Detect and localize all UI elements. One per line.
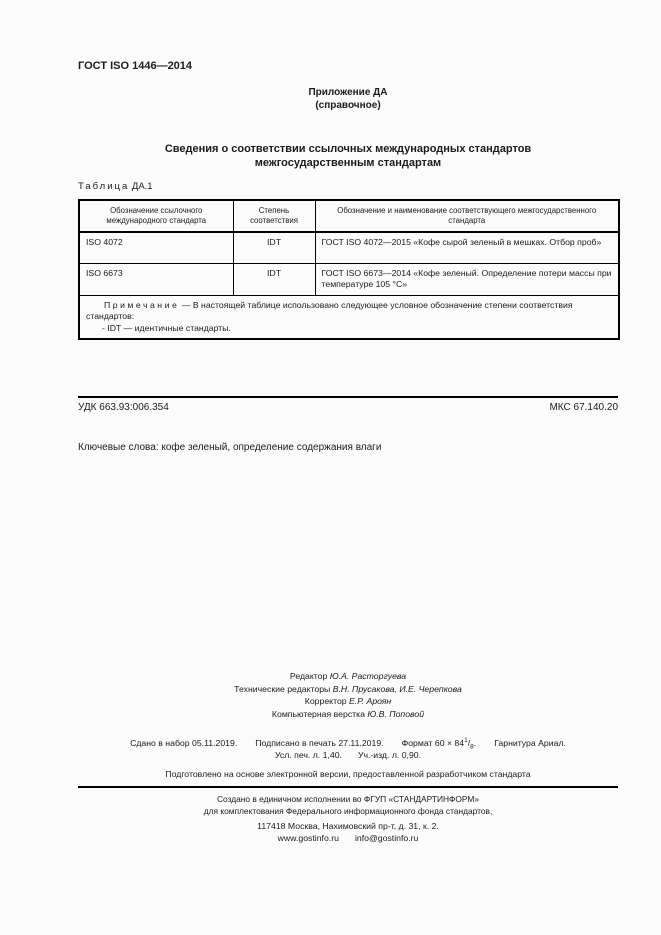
horizontal-rule-bottom [78,786,618,788]
editor-role: Технические редакторы [234,684,330,694]
annex-heading: Приложение ДА (справочное) [78,87,618,112]
publisher-email: info@gostinfo.ru [355,833,418,843]
imprint-line-2: Усл. печ. л. 1,40.Уч.-изд. л. 0,90. [78,750,618,760]
table-note-text: Примечание — В настоящей таблице использ… [86,300,612,323]
editors-block: Редактор Ю.А. Расторгуева Технические ре… [78,670,618,720]
editor-role: Корректор [305,696,347,706]
cell-degree: IDT [233,263,315,295]
imprint-sign-date: Подписано в печать 27.11.2019. [255,738,383,748]
doc-number: ГОСТ ISO 1446—2014 [78,60,192,72]
editor-name: Ю.В. Поповой [367,709,424,719]
editor-role: Редактор [290,671,327,681]
publisher-address: 117418 Москва, Нахимовский пр-т, д. 31, … [78,821,618,831]
section-title-line2: межгосударственным стандартам [78,157,618,171]
editor-line: Корректор Е.Р. Ароян [78,695,618,708]
editor-line: Компьютерная верстка Ю.В. Поповой [78,708,618,721]
keywords-line: Ключевые слова: кофе зеленый, определени… [78,442,381,453]
editor-name: Е.Р. Ароян [349,696,391,706]
annex-type: (справочное) [78,100,618,113]
classification-codes: УДК 663.93:006.354 МКС 67.140.20 [78,402,618,413]
editor-name: В.Н. Прусакова, И.Е. Черепкова [333,684,462,694]
cell-matching-standard: ГОСТ ISO 4072—2015 «Кофе сырой зеленый в… [315,232,619,263]
cell-matching-standard: ГОСТ ISO 6673—2014 «Кофе зеленый. Опреде… [315,263,619,295]
udk-code: УДК 663.93:006.354 [78,402,169,413]
table-note-row: Примечание — В настоящей таблице использ… [79,295,619,339]
table-row: ISO 4072 IDT ГОСТ ISO 4072—2015 «Кофе сы… [79,232,619,263]
imprint-sheets-print: Усл. печ. л. 1,40. [275,750,342,760]
table-header-reference: Обозначение ссылочного международного ст… [79,200,233,232]
publisher-contacts: www.gostinfo.ruinfo@gostinfo.ru [78,833,618,843]
correspondence-table: Обозначение ссылочного международного ст… [78,199,620,340]
section-title: Сведения о соответствии ссылочных междун… [78,143,618,170]
table-header-match: Обозначение и наименование соответствующ… [315,200,619,232]
table-caption-number: ДА.1 [132,181,153,192]
publisher-line-2: для комплектования Федерального информац… [78,806,618,816]
table-caption: Таблица ДА.1 [78,181,153,192]
publisher-line-1: Создано в единичном исполнении во ФГУП «… [78,794,618,804]
cell-reference-standard: ISO 6673 [79,263,233,295]
horizontal-rule-top [78,396,618,398]
cell-degree: IDT [233,232,315,263]
publisher-website: www.gostinfo.ru [278,833,339,843]
editor-name: Ю.А. Расторгуева [330,671,406,681]
cell-reference-standard: ISO 4072 [79,232,233,263]
imprint-set-date: Сдано в набор 05.11.2019. [130,738,237,748]
prepared-note: Подготовлено на основе электронной верси… [78,769,618,779]
imprint-format: Формат 60 × 841/8. [402,738,477,748]
editor-role: Компьютерная верстка [272,709,365,719]
table-note-label: Примечание [104,300,179,310]
editor-line: Редактор Ю.А. Расторгуева [78,670,618,683]
imprint-sheets-publ: Уч.-изд. л. 0,90. [358,750,421,760]
document-page: ГОСТ ISO 1446—2014 Приложение ДА (справо… [0,0,661,935]
table-caption-label: Таблица [78,181,129,192]
section-title-line1: Сведения о соответствии ссылочных междун… [78,143,618,157]
imprint-line-1: Сдано в набор 05.11.2019.Подписано в печ… [78,737,618,751]
annex-label: Приложение ДА [78,87,618,100]
editor-line: Технические редакторы В.Н. Прусакова, И.… [78,683,618,696]
mks-code: МКС 67.140.20 [549,402,618,413]
table-header-row: Обозначение ссылочного международного ст… [79,200,619,232]
imprint-typeface: Гарнитура Ариал. [494,738,566,748]
table-row: ISO 6673 IDT ГОСТ ISO 6673—2014 «Кофе зе… [79,263,619,295]
table-note-item: - IDT — идентичные стандарты. [86,323,612,335]
table-header-degree: Степень соответствия [233,200,315,232]
